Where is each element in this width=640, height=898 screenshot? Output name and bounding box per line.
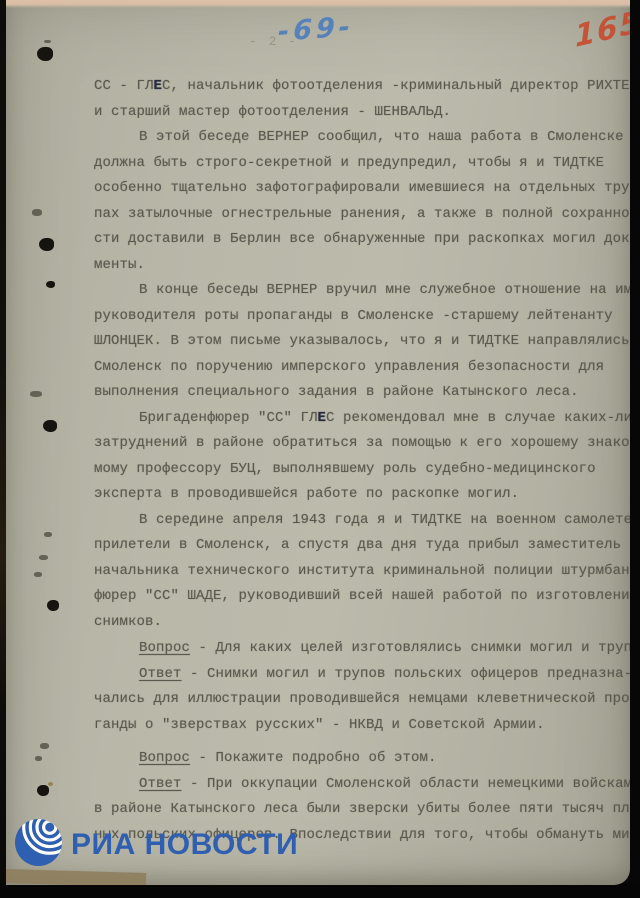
ink-spot — [39, 238, 54, 251]
underlined-word: Ответ — [139, 776, 182, 792]
watermark-label: РИА НОВОСТИ — [71, 828, 298, 862]
ink-spot — [44, 40, 51, 43]
text-segment: ганды о "зверствах русских" - НКВД и Сов… — [94, 717, 545, 733]
page-number-typed-faint: - 2 - — [249, 34, 298, 49]
ink-spot — [32, 209, 42, 216]
typed-line: затруднений в районе обратиться за помощ… — [94, 431, 630, 457]
text-segment: С рекомендовал мне в случае каких-либо — [326, 410, 630, 426]
underlined-word: Вопрос — [139, 750, 190, 766]
ink-spot — [37, 785, 49, 796]
typed-line: чались для иллюстрации проводившейся нем… — [94, 687, 630, 713]
typed-line: пах затылочные огнестрельные ранения, а … — [94, 202, 630, 228]
typed-line: В конце беседы ВЕРНЕР вручил мне служебн… — [94, 278, 630, 304]
ink-spot — [37, 47, 53, 61]
ink-spot — [44, 532, 52, 537]
text-segment: эксперта в проводившейся работе по раско… — [94, 486, 519, 502]
text-segment: руководителя роты пропаганды в Смоленске… — [94, 308, 613, 324]
ink-spot — [30, 391, 42, 397]
document-page: СС - ГЛЕС, начальник фотоотделения -крим… — [6, 0, 630, 885]
ink-spot — [35, 756, 42, 761]
text-segment: - Покажите подробно об этом. — [190, 750, 437, 766]
typed-line: менты. — [94, 253, 630, 279]
text-segment: должна быть строго-секретной и предупред… — [94, 155, 604, 171]
typed-line: выполнения специального задания в районе… — [94, 380, 630, 406]
text-segment: особенно тщательно зафотографировали име… — [94, 180, 630, 196]
text-segment: чались для иллюстрации проводившейся нем… — [94, 691, 630, 707]
ink-spot — [40, 743, 49, 749]
typed-line: ганды о "зверствах русских" - НКВД и Сов… — [94, 713, 630, 739]
typed-line: Вопрос - Покажите подробно об этом. — [94, 746, 630, 772]
typed-line: СС - ГЛЕС, начальник фотоотделения -крим… — [94, 74, 630, 100]
text-segment: мому профессору БУЦ, выполнявшему роль с… — [94, 461, 596, 477]
paragraph-block: Вопрос - Для каких целей изготовлялись с… — [94, 636, 630, 738]
underlined-word: Вопрос — [139, 640, 190, 656]
text-segment: сти доставили в Берлин все обнаруженные … — [94, 231, 630, 247]
typed-line: мому профессору БУЦ, выполнявшему роль с… — [94, 457, 630, 483]
text-segment: выполнения специального задания в районе… — [94, 384, 579, 400]
text-segment: ШЛОНЦЕК. В этом письме указывалось, что … — [94, 333, 630, 349]
text-segment: Смоленск по поручению имперского управле… — [94, 359, 604, 375]
text-segment: затруднений в районе обратиться за помощ… — [94, 435, 630, 451]
ink-spot — [48, 782, 53, 786]
scanner-background-bottom — [0, 883, 640, 898]
globe-icon — [14, 818, 63, 872]
text-segment: - Снимки могил и трупов польских офицеро… — [182, 666, 630, 682]
ink-spot — [43, 420, 57, 432]
underlined-word: Ответ — [139, 666, 182, 682]
typed-text-layer: СС - ГЛЕС, начальник фотоотделения -крим… — [6, 0, 630, 885]
typed-line: В середине апреля 1943 года я и ТИДТКЕ н… — [94, 508, 630, 534]
text-segment: менты. — [94, 257, 145, 273]
typed-line: должна быть строго-секретной и предупред… — [94, 151, 630, 177]
typed-line: руководителя роты пропаганды в Смоленске… — [94, 304, 630, 330]
text-segment: пах затылочные огнестрельные ранения, а … — [94, 206, 630, 222]
text-segment: фюрер "СС" ШАДЕ, руководивший всей нашей… — [94, 588, 630, 604]
typed-line: Бригаденфюрер "СС" ГЛЕС рекомендовал мне… — [94, 406, 630, 432]
typed-line: ШЛОНЦЕК. В этом письме указывалось, что … — [94, 329, 630, 355]
text-segment: В середине апреля 1943 года я и ТИДТКЕ н… — [139, 512, 630, 528]
typed-line: фюрер "СС" ШАДЕ, руководивший всей нашей… — [94, 584, 630, 610]
text-segment: В этой беседе ВЕРНЕР сообщил, что наша р… — [139, 129, 624, 145]
scanner-background-right — [629, 0, 640, 898]
text-segment: - При оккупации Смоленской области немец… — [182, 776, 630, 792]
text-segment: СС - ГЛ — [94, 78, 154, 94]
typed-line: Ответ - Снимки могил и трупов польских о… — [94, 662, 630, 688]
text-segment: в районе Катынского леса были зверски уб… — [94, 801, 630, 817]
text-segment: и старший мастер фотоотделения - ШЕНВАЛЬ… — [94, 104, 451, 120]
scanned-document-screenshot: { "annotations": { "page_number_handwrit… — [0, 0, 640, 898]
typed-line: Смоленск по поручению имперского управле… — [94, 355, 630, 381]
typed-line: особенно тщательно зафотографировали име… — [94, 176, 630, 202]
ria-novosti-watermark: РИА НОВОСТИ — [14, 818, 298, 872]
text-segment: С, начальник фотоотделения -криминальный… — [162, 78, 630, 94]
text-segment: Бригаденфюрер "СС" ГЛ — [139, 410, 318, 426]
ink-spot — [47, 600, 59, 611]
text-segment: начальника технического института кримин… — [94, 563, 630, 579]
text-segment: В конце беседы ВЕРНЕР вручил мне служебн… — [139, 282, 630, 298]
overtyped-letter: Е — [154, 78, 163, 94]
ink-spot — [34, 572, 42, 577]
typed-line: эксперта в проводившейся работе по раско… — [94, 482, 630, 508]
text-segment: - Для каких целей изготовлялись снимки м… — [190, 640, 630, 656]
ink-spot — [46, 281, 55, 288]
typed-line: Ответ - При оккупации Смоленской области… — [94, 772, 630, 798]
overtyped-letter: Е — [318, 410, 327, 426]
paragraph-block: СС - ГЛЕС, начальник фотоотделения -крим… — [94, 74, 630, 635]
text-segment: прилетели в Смоленск, а спустя два дня т… — [94, 537, 621, 553]
text-segment: снимков. — [94, 614, 162, 630]
ink-spot — [39, 555, 48, 560]
typed-line: начальника технического института кримин… — [94, 559, 630, 585]
typed-line: и старший мастер фотоотделения - ШЕНВАЛЬ… — [94, 100, 630, 126]
typed-line: прилетели в Смоленск, а спустя два дня т… — [94, 533, 630, 559]
typed-line: Вопрос - Для каких целей изготовлялись с… — [94, 636, 630, 662]
typed-line: В этой беседе ВЕРНЕР сообщил, что наша р… — [94, 125, 630, 151]
typed-line: сти доставили в Берлин все обнаруженные … — [94, 227, 630, 253]
typed-line: снимков. — [94, 610, 630, 636]
